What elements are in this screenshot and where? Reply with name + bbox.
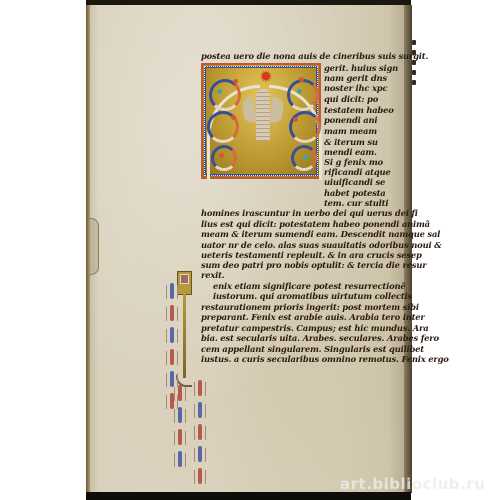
text-line: restaurationem prioris ingerit: post mor… xyxy=(201,302,419,312)
text-line: cem appellant singularem. Singularis est… xyxy=(201,344,424,354)
initial-ornament xyxy=(180,274,189,284)
text-line: rexit. xyxy=(201,270,225,280)
decorated-initial-F xyxy=(177,271,192,295)
text-line: tem. cur stulti xyxy=(324,198,388,208)
text-line: sum deo patri pro nobis optulit: & terci… xyxy=(201,260,426,270)
text-line: iustus. a curis secularibus omnino remot… xyxy=(201,354,449,364)
text-line: enix etiam significare potest resurrecti… xyxy=(213,281,405,291)
text-line: gerit. huius sign xyxy=(324,63,398,73)
text-line: habet potesta xyxy=(324,188,386,198)
phoenix-figure xyxy=(256,89,270,141)
leaf-ornament xyxy=(303,155,308,160)
text-line: pretatur campestris. Campus; est hic mun… xyxy=(201,323,428,333)
watermark: art.biblioclub.ru xyxy=(340,475,485,493)
page-tab-marker xyxy=(88,218,99,275)
sun-star-icon: ✹ xyxy=(258,69,274,85)
book-cover-bottom-edge xyxy=(86,492,411,500)
leaf-ornament xyxy=(231,115,236,120)
leaf-ornament xyxy=(299,77,304,82)
text-line: preparant. Fenix est arabie auis. Arabia… xyxy=(201,312,425,322)
text-line: & iterum su xyxy=(324,137,378,147)
leaf-ornament xyxy=(233,79,238,84)
text-line: uiuificandi se xyxy=(324,177,385,187)
leaf-ornament xyxy=(293,117,298,122)
text-line: qui dicit: po xyxy=(324,94,378,104)
phoenix-miniature: ✹ xyxy=(201,63,321,179)
penwork-flourish xyxy=(178,385,182,473)
text-line: uator nr de celo. alas suas suauitatis o… xyxy=(201,240,442,250)
leaf-ornament xyxy=(219,153,224,158)
text-line: homines irascuntur in uerbo dei qui ueru… xyxy=(201,208,418,218)
text-line: bia. est secularis uita. Arabes. secular… xyxy=(201,333,439,343)
text-line: Si g fenix mo xyxy=(324,157,383,167)
leaf-ornament xyxy=(297,89,302,94)
initial-stem xyxy=(183,293,186,378)
text-line: ueteris testamenti repleuit. & in ara cr… xyxy=(201,250,422,260)
text-line: mendi eam. xyxy=(324,147,377,157)
text-line: ponendi ani xyxy=(324,115,377,125)
facing-page-fragment xyxy=(412,40,418,100)
text-line: iustorum. qui aromatibus uirtutum collec… xyxy=(213,291,412,301)
text-line: lius est qui dicit: potestatem habeo pon… xyxy=(201,219,430,229)
vine-scroll xyxy=(211,145,237,171)
leaf-ornament xyxy=(217,89,222,94)
vine-scroll xyxy=(289,111,321,143)
text-line: mam meam xyxy=(324,126,377,136)
text-line: nam gerit dns xyxy=(324,73,387,83)
text-line: meam & iterum sumendi eam. Descendit nam… xyxy=(201,229,440,239)
text-line: rificandi atque xyxy=(324,167,391,177)
text-line: noster ihc xpc xyxy=(324,83,387,93)
penwork-flourish xyxy=(198,380,202,490)
vine-scroll xyxy=(287,79,319,111)
text-line: testatem habeo xyxy=(324,105,394,115)
text-line: postea uero die nona auis de cineribus s… xyxy=(201,51,428,61)
